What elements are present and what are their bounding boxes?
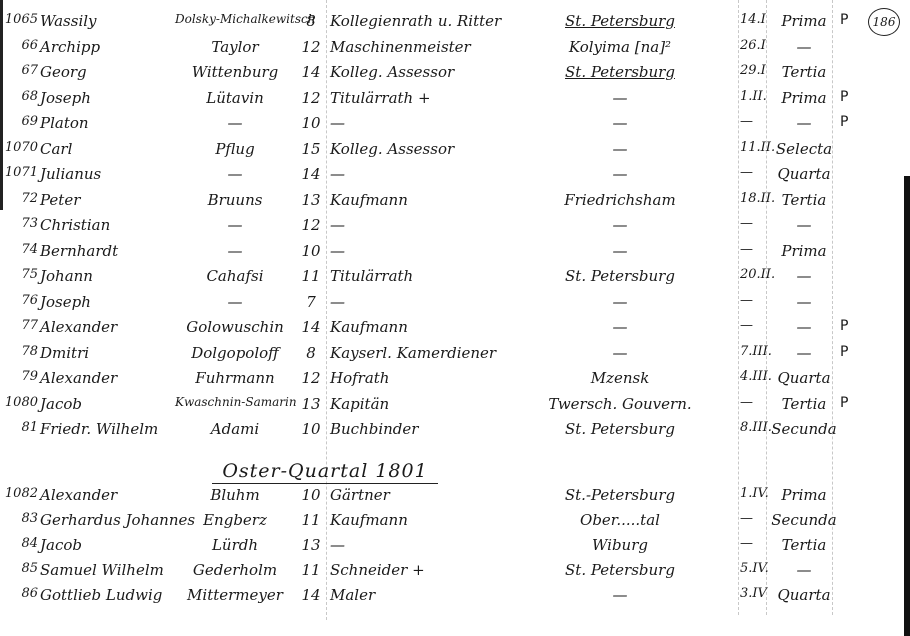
father-status: Maschinenmeister bbox=[330, 38, 471, 56]
first-name: Johann bbox=[40, 267, 93, 285]
entry-number: 85 bbox=[4, 561, 38, 576]
table-row: 1065WassilyDolsky-Michalkewitsch8Kollegi… bbox=[0, 12, 910, 38]
p-mark: P bbox=[840, 318, 848, 334]
class-level: — bbox=[770, 267, 838, 285]
table-row: 76Joseph—7———— bbox=[0, 293, 910, 319]
origin: St. Petersburg bbox=[530, 12, 710, 30]
class-level: Tertia bbox=[770, 395, 838, 413]
first-name: Friedr. Wilhelm bbox=[40, 420, 158, 438]
class-level: — bbox=[770, 114, 838, 132]
entry-date: — bbox=[740, 242, 753, 257]
p-mark: P bbox=[840, 395, 848, 411]
table-row: 1082AlexanderBluhm10GärtnerSt.-Petersbur… bbox=[0, 486, 910, 512]
p-mark: P bbox=[840, 114, 848, 130]
entry-number: 73 bbox=[4, 216, 38, 231]
origin: Ober.....tal bbox=[530, 511, 710, 529]
origin: Wiburg bbox=[530, 536, 710, 554]
last-name: Fuhrmann bbox=[175, 369, 295, 387]
table-row: 1070CarlPflug15Kolleg. Assessor—11.II.Se… bbox=[0, 140, 910, 166]
age: 14 bbox=[298, 586, 324, 604]
father-status: Kolleg. Assessor bbox=[330, 140, 454, 158]
first-name: Samuel Wilhelm bbox=[40, 561, 164, 579]
origin: — bbox=[530, 344, 710, 362]
father-status: Kaufmann bbox=[330, 191, 408, 209]
p-mark: P bbox=[840, 344, 848, 360]
age: 14 bbox=[298, 318, 324, 336]
age: 7 bbox=[298, 293, 324, 311]
first-name: Jacob bbox=[40, 536, 82, 554]
father-status: Maler bbox=[330, 586, 375, 604]
entry-date: 3.IV bbox=[740, 586, 767, 601]
first-name: Bernhardt bbox=[40, 242, 118, 260]
table-row: 1080JacobKwaschnin-Samarin13KapitänTwers… bbox=[0, 395, 910, 421]
first-name: Platon bbox=[40, 114, 89, 132]
entry-number: 1082 bbox=[4, 486, 38, 501]
age: 10 bbox=[298, 242, 324, 260]
father-status: Kaufmann bbox=[330, 511, 408, 529]
table-row: 74Bernhardt—10———Prima bbox=[0, 242, 910, 268]
entry-number: 68 bbox=[4, 89, 38, 104]
father-status: Schneider + bbox=[330, 561, 425, 579]
last-name: Mittermeyer bbox=[175, 586, 295, 604]
first-name: Wassily bbox=[40, 12, 97, 30]
last-name: Engberz bbox=[175, 511, 295, 529]
age: 10 bbox=[298, 486, 324, 504]
entry-date: 1.II. bbox=[740, 89, 767, 104]
last-name: Pflug bbox=[175, 140, 295, 158]
age: 13 bbox=[298, 395, 324, 413]
class-level: Quarta bbox=[770, 369, 838, 387]
last-name: Dolsky-Michalkewitsch bbox=[175, 12, 295, 26]
class-level: Tertia bbox=[770, 191, 838, 209]
age: 13 bbox=[298, 536, 324, 554]
last-name: Adami bbox=[175, 420, 295, 438]
age: 8 bbox=[298, 12, 324, 30]
age: 12 bbox=[298, 216, 324, 234]
last-name: Taylor bbox=[175, 38, 295, 56]
father-status: Buchbinder bbox=[330, 420, 418, 438]
entry-number: 78 bbox=[4, 344, 38, 359]
age: 13 bbox=[298, 191, 324, 209]
table-row: 67GeorgWittenburg14Kolleg. AssessorSt. P… bbox=[0, 63, 910, 89]
origin: St. Petersburg bbox=[530, 420, 710, 438]
last-name: Lütavin bbox=[175, 89, 295, 107]
father-status: Titulärrath bbox=[330, 267, 413, 285]
entry-number: 72 bbox=[4, 191, 38, 206]
origin: — bbox=[530, 318, 710, 336]
last-name: Dolgopoloff bbox=[175, 344, 295, 362]
first-name: Julianus bbox=[40, 165, 101, 183]
table-row: 81Friedr. WilhelmAdami10BuchbinderSt. Pe… bbox=[0, 420, 910, 446]
father-status: Kollegienrath u. Ritter bbox=[330, 12, 501, 30]
father-status: — bbox=[330, 216, 345, 234]
class-level: Tertia bbox=[770, 63, 838, 81]
class-level: Secunda bbox=[770, 511, 838, 529]
table-row: 69Platon—10————P bbox=[0, 114, 910, 140]
class-level: — bbox=[770, 318, 838, 336]
first-name: Alexander bbox=[40, 318, 117, 336]
table-row: 72PeterBruuns13KaufmannFriedrichsham18.I… bbox=[0, 191, 910, 217]
class-level: Secunda bbox=[770, 420, 838, 438]
father-status: — bbox=[330, 242, 345, 260]
origin: Friedrichsham bbox=[530, 191, 710, 209]
entry-number: 77 bbox=[4, 318, 38, 333]
p-mark: P bbox=[840, 89, 848, 105]
entry-date: — bbox=[740, 216, 753, 231]
entry-number: 75 bbox=[4, 267, 38, 282]
table-row: 84JacobLürdh13—Wiburg—Tertia bbox=[0, 536, 910, 562]
entry-number: 81 bbox=[4, 420, 38, 435]
father-status: Kolleg. Assessor bbox=[330, 63, 454, 81]
father-status: Kapitän bbox=[330, 395, 389, 413]
father-status: — bbox=[330, 114, 345, 132]
table-row: 68JosephLütavin12Titulärrath +—1.II.Prim… bbox=[0, 89, 910, 115]
table-row: 79AlexanderFuhrmann12HofrathMzensk4.III.… bbox=[0, 369, 910, 395]
father-status: Kaufmann bbox=[330, 318, 408, 336]
age: 11 bbox=[298, 561, 324, 579]
age: 14 bbox=[298, 63, 324, 81]
entry-number: 86 bbox=[4, 586, 38, 601]
table-row: 77AlexanderGolowuschin14Kaufmann———P bbox=[0, 318, 910, 344]
class-level: — bbox=[770, 293, 838, 311]
class-level: Selecta bbox=[770, 140, 838, 158]
table-row: 73Christian—12———— bbox=[0, 216, 910, 242]
age: 12 bbox=[298, 38, 324, 56]
age: 10 bbox=[298, 114, 324, 132]
entry-number: 83 bbox=[4, 511, 38, 526]
origin: — bbox=[530, 89, 710, 107]
entry-date: — bbox=[740, 114, 753, 129]
first-name: Christian bbox=[40, 216, 110, 234]
entry-date: 1.IV. bbox=[740, 486, 769, 501]
origin: St. Petersburg bbox=[530, 561, 710, 579]
first-name: Carl bbox=[40, 140, 72, 158]
class-level: Prima bbox=[770, 12, 838, 30]
table-row: 83Gerhardus JohannesEngberz11KaufmannObe… bbox=[0, 511, 910, 537]
table-row: 86Gottlieb LudwigMittermeyer14Maler—3.IV… bbox=[0, 586, 910, 612]
origin: St. Petersburg bbox=[530, 63, 710, 81]
last-name: — bbox=[175, 165, 295, 183]
last-name: Lürdh bbox=[175, 536, 295, 554]
origin: — bbox=[530, 586, 710, 604]
origin: — bbox=[530, 293, 710, 311]
first-name: Alexander bbox=[40, 486, 117, 504]
entry-number: 66 bbox=[4, 38, 38, 53]
entry-date: 26.I bbox=[740, 38, 766, 53]
age: 14 bbox=[298, 165, 324, 183]
last-name: Golowuschin bbox=[175, 318, 295, 336]
last-name: — bbox=[175, 114, 295, 132]
age: 11 bbox=[298, 511, 324, 529]
first-name: Archipp bbox=[40, 38, 100, 56]
entry-date: — bbox=[740, 395, 753, 410]
last-name: — bbox=[175, 216, 295, 234]
first-name: Joseph bbox=[40, 89, 91, 107]
last-name: — bbox=[175, 242, 295, 260]
class-level: Prima bbox=[770, 242, 838, 260]
ledger-page: 186 1065WassilyDolsky-Michalkewitsch8Kol… bbox=[0, 0, 910, 636]
first-name: Gerhardus Johannes bbox=[40, 511, 195, 529]
table-row: 75JohannCahafsi11TitulärrathSt. Petersbu… bbox=[0, 267, 910, 293]
father-status: Kayserl. Kamerdiener bbox=[330, 344, 496, 362]
origin: St.-Petersburg bbox=[530, 486, 710, 504]
father-status: Titulärrath + bbox=[330, 89, 431, 107]
table-row: 1071Julianus—14———Quarta bbox=[0, 165, 910, 191]
last-name: Gederholm bbox=[175, 561, 295, 579]
class-level: Quarta bbox=[770, 586, 838, 604]
origin: St. Petersburg bbox=[530, 267, 710, 285]
origin: — bbox=[530, 216, 710, 234]
entry-date: — bbox=[740, 318, 753, 333]
entry-date: — bbox=[740, 293, 753, 308]
entry-number: 1070 bbox=[4, 140, 38, 155]
first-name: Alexander bbox=[40, 369, 117, 387]
entry-date: 8.III. bbox=[740, 420, 772, 435]
origin: — bbox=[530, 140, 710, 158]
entry-number: 1071 bbox=[4, 165, 38, 180]
last-name: Bruuns bbox=[175, 191, 295, 209]
age: 10 bbox=[298, 420, 324, 438]
entry-number: 67 bbox=[4, 63, 38, 78]
entry-date: 7.III. bbox=[740, 344, 772, 359]
entry-number: 84 bbox=[4, 536, 38, 551]
age: 12 bbox=[298, 369, 324, 387]
class-level: — bbox=[770, 216, 838, 234]
class-level: Prima bbox=[770, 89, 838, 107]
first-name: Georg bbox=[40, 63, 87, 81]
entry-date: — bbox=[740, 536, 753, 551]
entry-number: 1080 bbox=[4, 395, 38, 410]
entry-number: 69 bbox=[4, 114, 38, 129]
father-status: Hofrath bbox=[330, 369, 389, 387]
age: 15 bbox=[298, 140, 324, 158]
first-name: Gottlieb Ludwig bbox=[40, 586, 162, 604]
last-name: Cahafsi bbox=[175, 267, 295, 285]
age: 8 bbox=[298, 344, 324, 362]
father-status: Gärtner bbox=[330, 486, 390, 504]
first-name: Joseph bbox=[40, 293, 91, 311]
entry-date: 29.I bbox=[740, 63, 766, 78]
father-status: — bbox=[330, 536, 345, 554]
father-status: — bbox=[330, 293, 345, 311]
class-level: Tertia bbox=[770, 536, 838, 554]
p-mark: P bbox=[840, 12, 848, 28]
class-level: Quarta bbox=[770, 165, 838, 183]
first-name: Peter bbox=[40, 191, 80, 209]
age: 12 bbox=[298, 89, 324, 107]
class-level: — bbox=[770, 38, 838, 56]
father-status: — bbox=[330, 165, 345, 183]
origin: — bbox=[530, 114, 710, 132]
first-name: Jacob bbox=[40, 395, 82, 413]
class-level: Prima bbox=[770, 486, 838, 504]
section-title: Oster-Quartal 1801 bbox=[212, 460, 438, 484]
origin: — bbox=[530, 165, 710, 183]
entry-number: 79 bbox=[4, 369, 38, 384]
origin: Mzensk bbox=[530, 369, 710, 387]
origin: — bbox=[530, 242, 710, 260]
last-name: Kwaschnin-Samarin bbox=[175, 395, 295, 409]
entry-number: 76 bbox=[4, 293, 38, 308]
entry-number: 1065 bbox=[4, 12, 38, 27]
entry-number: 74 bbox=[4, 242, 38, 257]
origin: Kolyima [na]² bbox=[530, 38, 710, 56]
table-row: 66ArchippTaylor12MaschinenmeisterKolyima… bbox=[0, 38, 910, 64]
entry-date: 14.I bbox=[740, 12, 766, 27]
entry-date: 5.IV. bbox=[740, 561, 769, 576]
first-name: Dmitri bbox=[40, 344, 89, 362]
last-name: Bluhm bbox=[175, 486, 295, 504]
last-name: — bbox=[175, 293, 295, 311]
origin: Twersch. Gouvern. bbox=[530, 395, 710, 413]
class-level: — bbox=[770, 344, 838, 362]
class-level: — bbox=[770, 561, 838, 579]
table-row: 78DmitriDolgopoloff8Kayserl. Kamerdiener… bbox=[0, 344, 910, 370]
entry-date: — bbox=[740, 165, 753, 180]
age: 11 bbox=[298, 267, 324, 285]
table-row: 85Samuel WilhelmGederholm11Schneider +St… bbox=[0, 561, 910, 587]
last-name: Wittenburg bbox=[175, 63, 295, 81]
entry-date: 4.III. bbox=[740, 369, 772, 384]
entry-date: — bbox=[740, 511, 753, 526]
